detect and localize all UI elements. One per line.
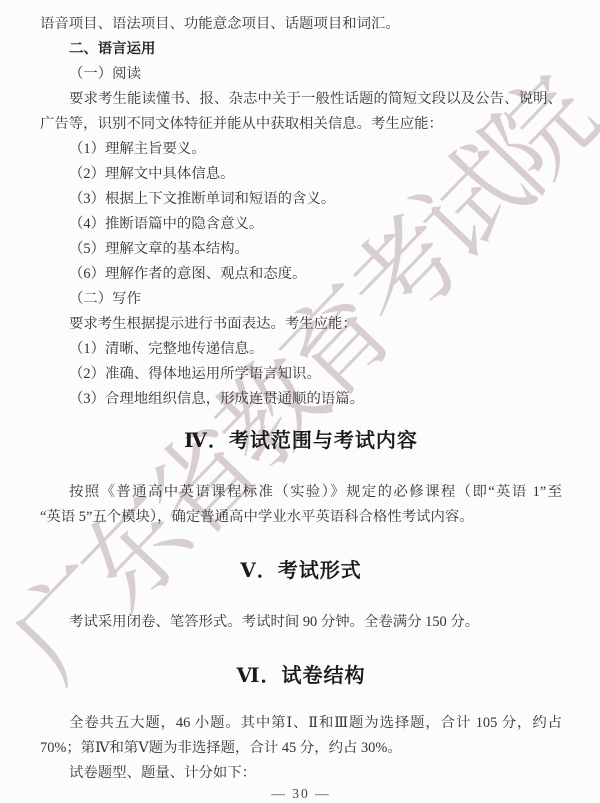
list-item: （3）合理地组织信息，形成连贯通顺的语篇。 <box>40 387 562 412</box>
paragraph-line: 按照《普通高中英语课程标准（实验）》规定的必修课程（即“英语 1”至 <box>40 480 562 505</box>
list-item: （5）理解文章的基本结构。 <box>40 237 562 262</box>
paragraph-line: 考试采用闭卷、笔答形式。考试时间 90 分钟。全卷满分 150 分。 <box>40 610 562 635</box>
document-page: 广东省教育考试院 语音项目、语法项目、功能意念项目、话题项目和词汇。 二、语言运… <box>0 0 600 803</box>
paragraph-line: “英语 5”五个模块），确定普通高中学业水平英语科合格性考试内容。 <box>40 505 562 530</box>
list-item: （6）理解作者的意图、观点和态度。 <box>40 262 562 287</box>
text-line: （一）阅读 <box>40 62 562 87</box>
subsection-heading: 二、语言运用 <box>40 37 562 62</box>
list-item: （2）理解文中具体信息。 <box>40 162 562 187</box>
list-item: （1）理解主旨要义。 <box>40 137 562 162</box>
section-heading-v: Ⅴ．考试形式 <box>40 556 562 586</box>
text-line: （二）写作 <box>40 287 562 312</box>
section-heading-vi: Ⅵ．试卷结构 <box>40 661 562 691</box>
paragraph-line: 全卷共五大题，46 小题。其中第Ⅰ、Ⅱ和Ⅲ题为选择题，合计 105 分，约占 <box>40 711 562 736</box>
paragraph-line: 70%；第Ⅳ和第Ⅴ题为非选择题，合计 45 分，约占 30%。 <box>40 736 562 761</box>
list-item: （2）准确、得体地运用所学语言知识。 <box>40 362 562 387</box>
text-line: 语音项目、语法项目、功能意念项目、话题项目和词汇。 <box>40 12 562 37</box>
text-line: 要求考生能读懂书、报、杂志中关于一般性话题的简短文段以及公告、说明、 <box>40 87 562 112</box>
list-item: （1）清晰、完整地传递信息。 <box>40 337 562 362</box>
list-item: （4）推断语篇中的隐含意义。 <box>40 212 562 237</box>
paragraph-line: 试卷题型、题量、计分如下： <box>40 761 562 786</box>
page-content: 语音项目、语法项目、功能意念项目、话题项目和词汇。 二、语言运用 （一）阅读 要… <box>40 0 562 802</box>
text-line: 广告等，识别不同文体特征并能从中获取相关信息。考生应能： <box>40 112 562 137</box>
section-heading-iv: Ⅳ．考试范围与考试内容 <box>40 426 562 456</box>
list-item: （3）根据上下文推断单词和短语的含义。 <box>40 187 562 212</box>
text-line: 要求考生根据提示进行书面表达。考生应能： <box>40 312 562 337</box>
page-number: — 30 — <box>40 786 562 802</box>
